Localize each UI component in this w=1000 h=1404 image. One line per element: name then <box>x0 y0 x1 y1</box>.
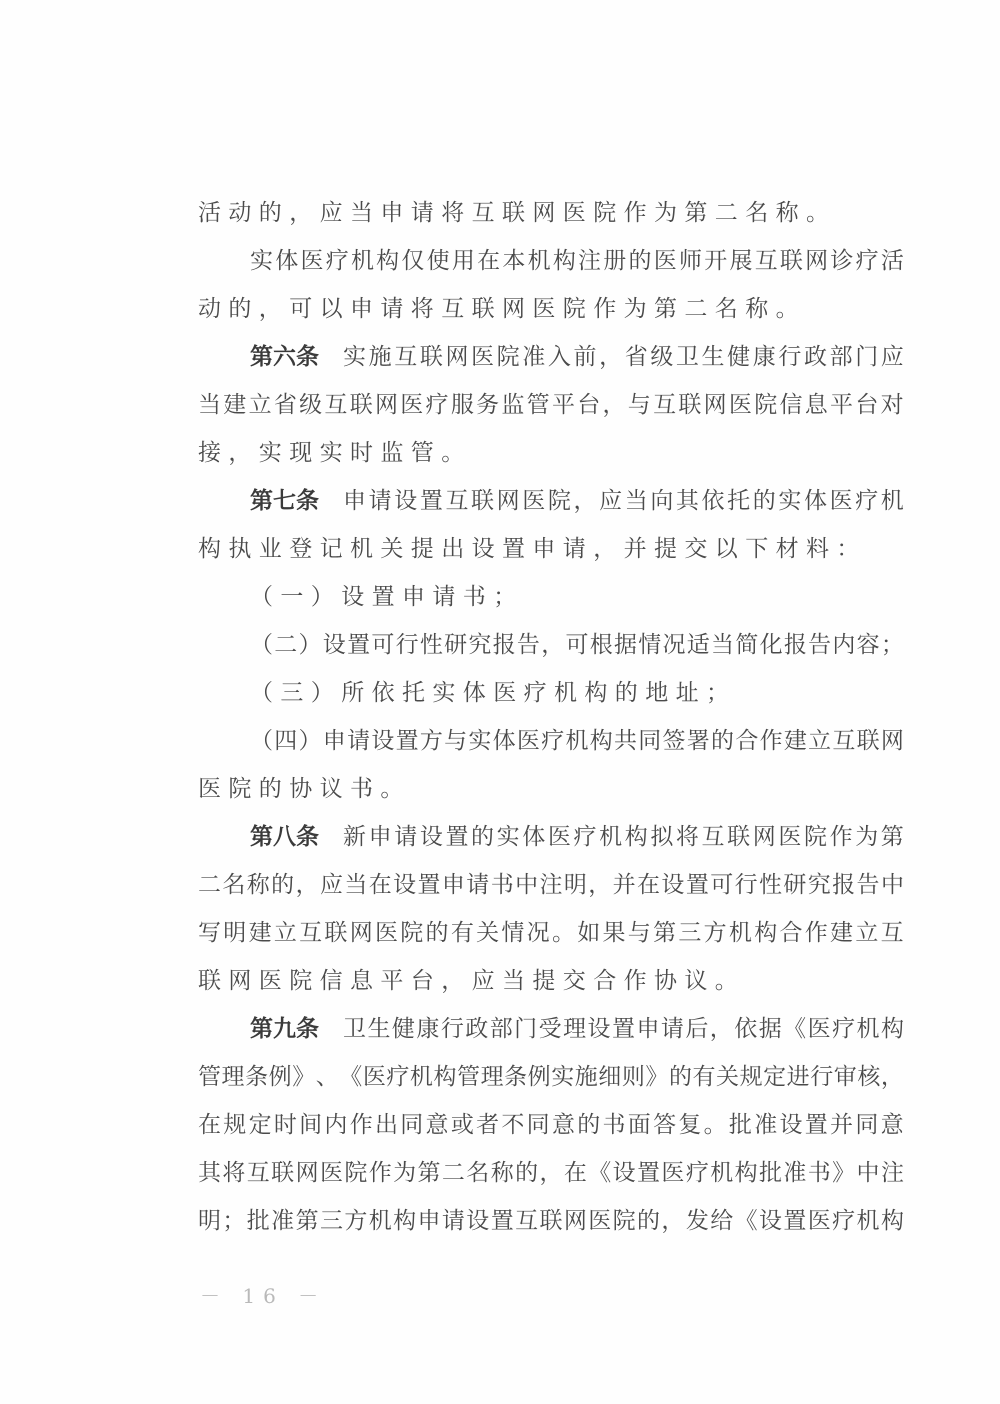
document-page: 活动的，应当申请将互联网医院作为第二名称。 实体医疗机构仅使用在本机构注册的医师… <box>198 189 904 1245</box>
text-line: 卫生健康行政部门受理设置申请后，依据《医疗机构 <box>343 1005 904 1053</box>
paragraph-line: 医院的协议书。 <box>198 765 904 813</box>
text-line: 动的，可以申请将互联网医院作为第二名称。 <box>198 285 806 333</box>
text-line: （三）所依托实体医疗机构的地址； <box>250 669 736 717</box>
paragraph-line: 二名称的，应当在设置申请书中注明，并在设置可行性研究报告中 <box>198 861 904 909</box>
text-line: 活动的，应当申请将互联网医院作为第二名称。 <box>198 189 836 237</box>
text-line: 管理条例》、《医疗机构管理条例实施细则》的有关规定进行审核， <box>198 1053 904 1101</box>
text-line: 其将互联网医院作为第二名称的，在《设置医疗机构批准书》中注 <box>198 1149 904 1197</box>
article-6-first-line: 第六条 实施互联网医院准入前，省级卫生健康行政部门应 <box>198 333 904 381</box>
paragraph-line: 写明建立互联网医院的有关情况。如果与第三方机构合作建立互 <box>198 909 904 957</box>
text-line: 实体医疗机构仅使用在本机构注册的医师开展互联网诊疗活 <box>250 237 904 285</box>
text-line: 明；批准第三方机构申请设置互联网医院的，发给《设置医疗机构 <box>198 1197 904 1245</box>
text-line: 构执业登记机关提出设置申请，并提交以下材料： <box>198 525 867 573</box>
paragraph-line: 联网医院信息平台，应当提交合作协议。 <box>198 957 904 1005</box>
paragraph-line: 管理条例》、《医疗机构管理条例实施细则》的有关规定进行审核， <box>198 1053 904 1101</box>
text-line: 医院的协议书。 <box>198 765 411 813</box>
text-line: （一）设置申请书； <box>250 573 524 621</box>
article-8-first-line: 第八条 新申请设置的实体医疗机构拟将互联网医院作为第 <box>198 813 904 861</box>
list-item: （一）设置申请书； <box>198 573 904 621</box>
article-7-first-line: 第七条 申请设置互联网医院，应当向其依托的实体医疗机 <box>198 477 904 525</box>
text-line: 接，实现实时监管。 <box>198 429 472 477</box>
paragraph-line: 动的，可以申请将互联网医院作为第二名称。 <box>198 285 904 333</box>
text-line: 申请设置互联网医院，应当向其依托的实体医疗机 <box>343 477 904 525</box>
text-line: （四）申请设置方与实体医疗机构共同签署的合作建立互联网 <box>250 717 904 765</box>
article-title: 第八条 <box>250 813 319 861</box>
article-9-first-line: 第九条 卫生健康行政部门受理设置申请后，依据《医疗机构 <box>198 1005 904 1053</box>
text-line: 新申请设置的实体医疗机构拟将互联网医院作为第 <box>343 813 904 861</box>
paragraph-line: 实体医疗机构仅使用在本机构注册的医师开展互联网诊疗活 <box>198 237 904 285</box>
list-item: （四）申请设置方与实体医疗机构共同签署的合作建立互联网 <box>198 717 904 765</box>
text-line: 实施互联网医院准入前，省级卫生健康行政部门应 <box>343 333 904 381</box>
article-title: 第七条 <box>250 477 319 525</box>
list-item: （二）设置可行性研究报告，可根据情况适当简化报告内容； <box>198 621 904 669</box>
article-title: 第九条 <box>250 1005 319 1053</box>
paragraph-line: 在规定时间内作出同意或者不同意的书面答复。批准设置并同意 <box>198 1101 904 1149</box>
text-line: 当建立省级互联网医疗服务监管平台，与互联网医院信息平台对 <box>198 381 904 429</box>
list-item: （三）所依托实体医疗机构的地址； <box>198 669 904 717</box>
text-line: 写明建立互联网医院的有关情况。如果与第三方机构合作建立互 <box>198 909 904 957</box>
paragraph-line: 明；批准第三方机构申请设置互联网医院的，发给《设置医疗机构 <box>198 1197 904 1245</box>
paragraph-line: 接，实现实时监管。 <box>198 429 904 477</box>
paragraph-line: 构执业登记机关提出设置申请，并提交以下材料： <box>198 525 904 573</box>
text-line: 在规定时间内作出同意或者不同意的书面答复。批准设置并同意 <box>198 1101 904 1149</box>
paragraph-line: 当建立省级互联网医疗服务监管平台，与互联网医院信息平台对 <box>198 381 904 429</box>
text-line: 联网医院信息平台，应当提交合作协议。 <box>198 957 745 1005</box>
paragraph-line: 其将互联网医院作为第二名称的，在《设置医疗机构批准书》中注 <box>198 1149 904 1197</box>
text-line: （二）设置可行性研究报告，可根据情况适当简化报告内容； <box>250 621 904 669</box>
page-number: － 16 － <box>200 1280 326 1309</box>
paragraph-line: 活动的，应当申请将互联网医院作为第二名称。 <box>198 189 904 237</box>
text-line: 二名称的，应当在设置申请书中注明，并在设置可行性研究报告中 <box>198 861 904 909</box>
article-title: 第六条 <box>250 333 319 381</box>
